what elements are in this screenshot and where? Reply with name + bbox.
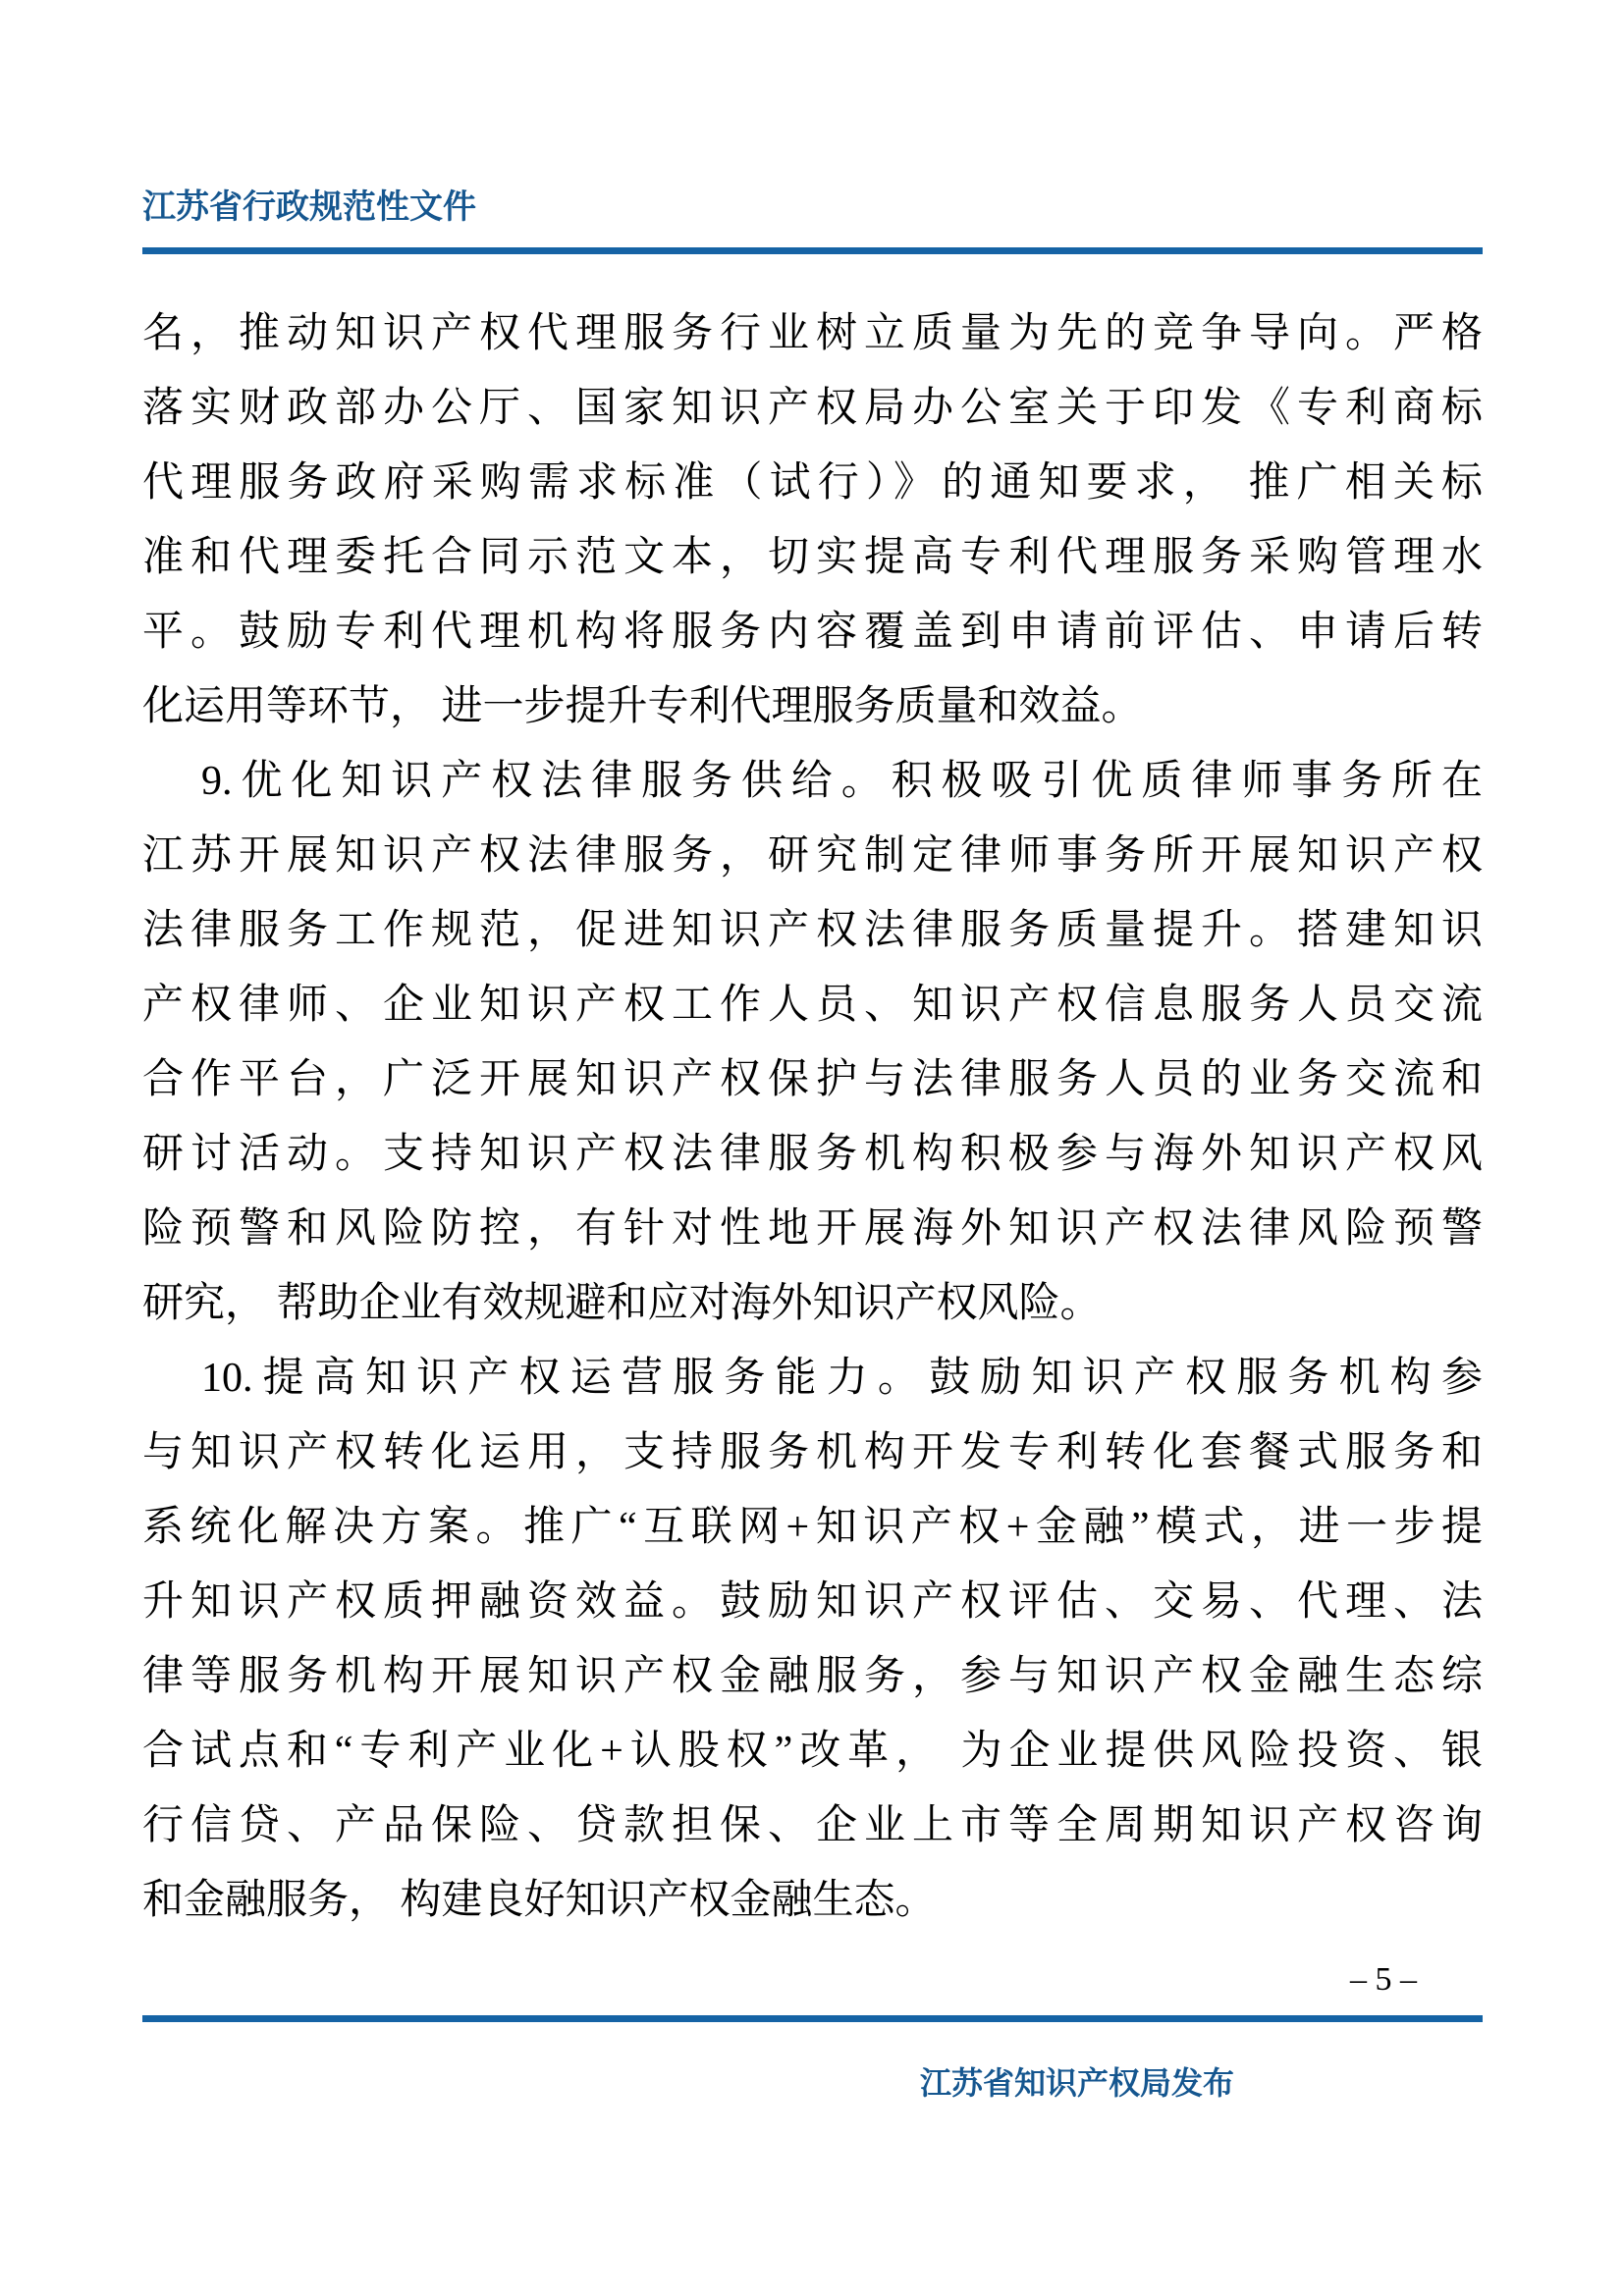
body-text-line: 和金融服务， 构建良好知识产权金融生态。 bbox=[142, 1863, 1483, 1938]
body-text-line: 行信贷、产品保险、贷款担保、企业上市等全周期知识产权咨询 bbox=[142, 1789, 1483, 1863]
body-text-line: 律等服务机构开展知识产权金融服务，参与知识产权金融生态综 bbox=[142, 1639, 1483, 1714]
document-body: 名，推动知识产权代理服务行业树立质量为先的竞争导向。严格落实财政部办公厅、国家知… bbox=[142, 296, 1483, 1938]
body-text-line: 代理服务政府采购需求标准（试行）》的通知要求， 推广相关标 bbox=[142, 446, 1483, 520]
body-text-line: 江苏开展知识产权法律服务，研究制定律师事务所开展知识产权 bbox=[142, 819, 1483, 893]
body-text-line: 落实财政部办公厅、国家知识产权局办公室关于印发《专利商标 bbox=[142, 371, 1483, 446]
body-text-line: 产权律师、企业知识产权工作人员、知识产权信息服务人员交流 bbox=[142, 968, 1483, 1042]
body-text-line: 合作平台，广泛开展知识产权保护与法律服务人员的业务交流和 bbox=[142, 1042, 1483, 1117]
body-text-line: 研究， 帮助企业有效规避和应对海外知识产权风险。 bbox=[142, 1266, 1483, 1341]
body-text-line: 9.优化知识产权法律服务供给。积极吸引优质律师事务所在 bbox=[142, 744, 1483, 819]
document-page: 江苏省行政规范性文件 名，推动知识产权代理服务行业树立质量为先的竞争导向。严格落… bbox=[0, 0, 1624, 2296]
body-text-line: 平。鼓励专利代理机构将服务内容覆盖到申请前评估、申请后转 bbox=[142, 595, 1483, 669]
page-number: – 5 – bbox=[1350, 1961, 1417, 1999]
body-text-line: 合试点和“专利产业化+认股权”改革， 为企业提供风险投资、银 bbox=[142, 1714, 1483, 1789]
body-text-line: 研讨活动。支持知识产权法律服务机构积极参与海外知识产权风 bbox=[142, 1117, 1483, 1192]
header-title: 江苏省行政规范性文件 bbox=[142, 180, 476, 228]
footer-rule bbox=[142, 2015, 1483, 2022]
body-text-line: 险预警和风险防控，有针对性地开展海外知识产权法律风险预警 bbox=[142, 1192, 1483, 1266]
body-text-line: 系统化解决方案。推广“互联网+知识产权+金融”模式，进一步提 bbox=[142, 1490, 1483, 1565]
body-text-line: 名，推动知识产权代理服务行业树立质量为先的竞争导向。严格 bbox=[142, 296, 1483, 371]
body-text-line: 法律服务工作规范，促进知识产权法律服务质量提升。搭建知识 bbox=[142, 893, 1483, 968]
body-text-line: 10.提高知识产权运营服务能力。鼓励知识产权服务机构参 bbox=[142, 1341, 1483, 1415]
body-text-line: 准和代理委托合同示范文本，切实提高专利代理服务采购管理水 bbox=[142, 520, 1483, 595]
header-rule bbox=[142, 247, 1483, 254]
footer-publisher: 江苏省知识产权局发布 bbox=[920, 2058, 1234, 2104]
body-text-line: 升知识产权质押融资效益。鼓励知识产权评估、交易、代理、法 bbox=[142, 1565, 1483, 1639]
body-text-line: 与知识产权转化运用，支持服务机构开发专利转化套餐式服务和 bbox=[142, 1415, 1483, 1490]
body-text-line: 化运用等环节， 进一步提升专利代理服务质量和效益。 bbox=[142, 669, 1483, 744]
